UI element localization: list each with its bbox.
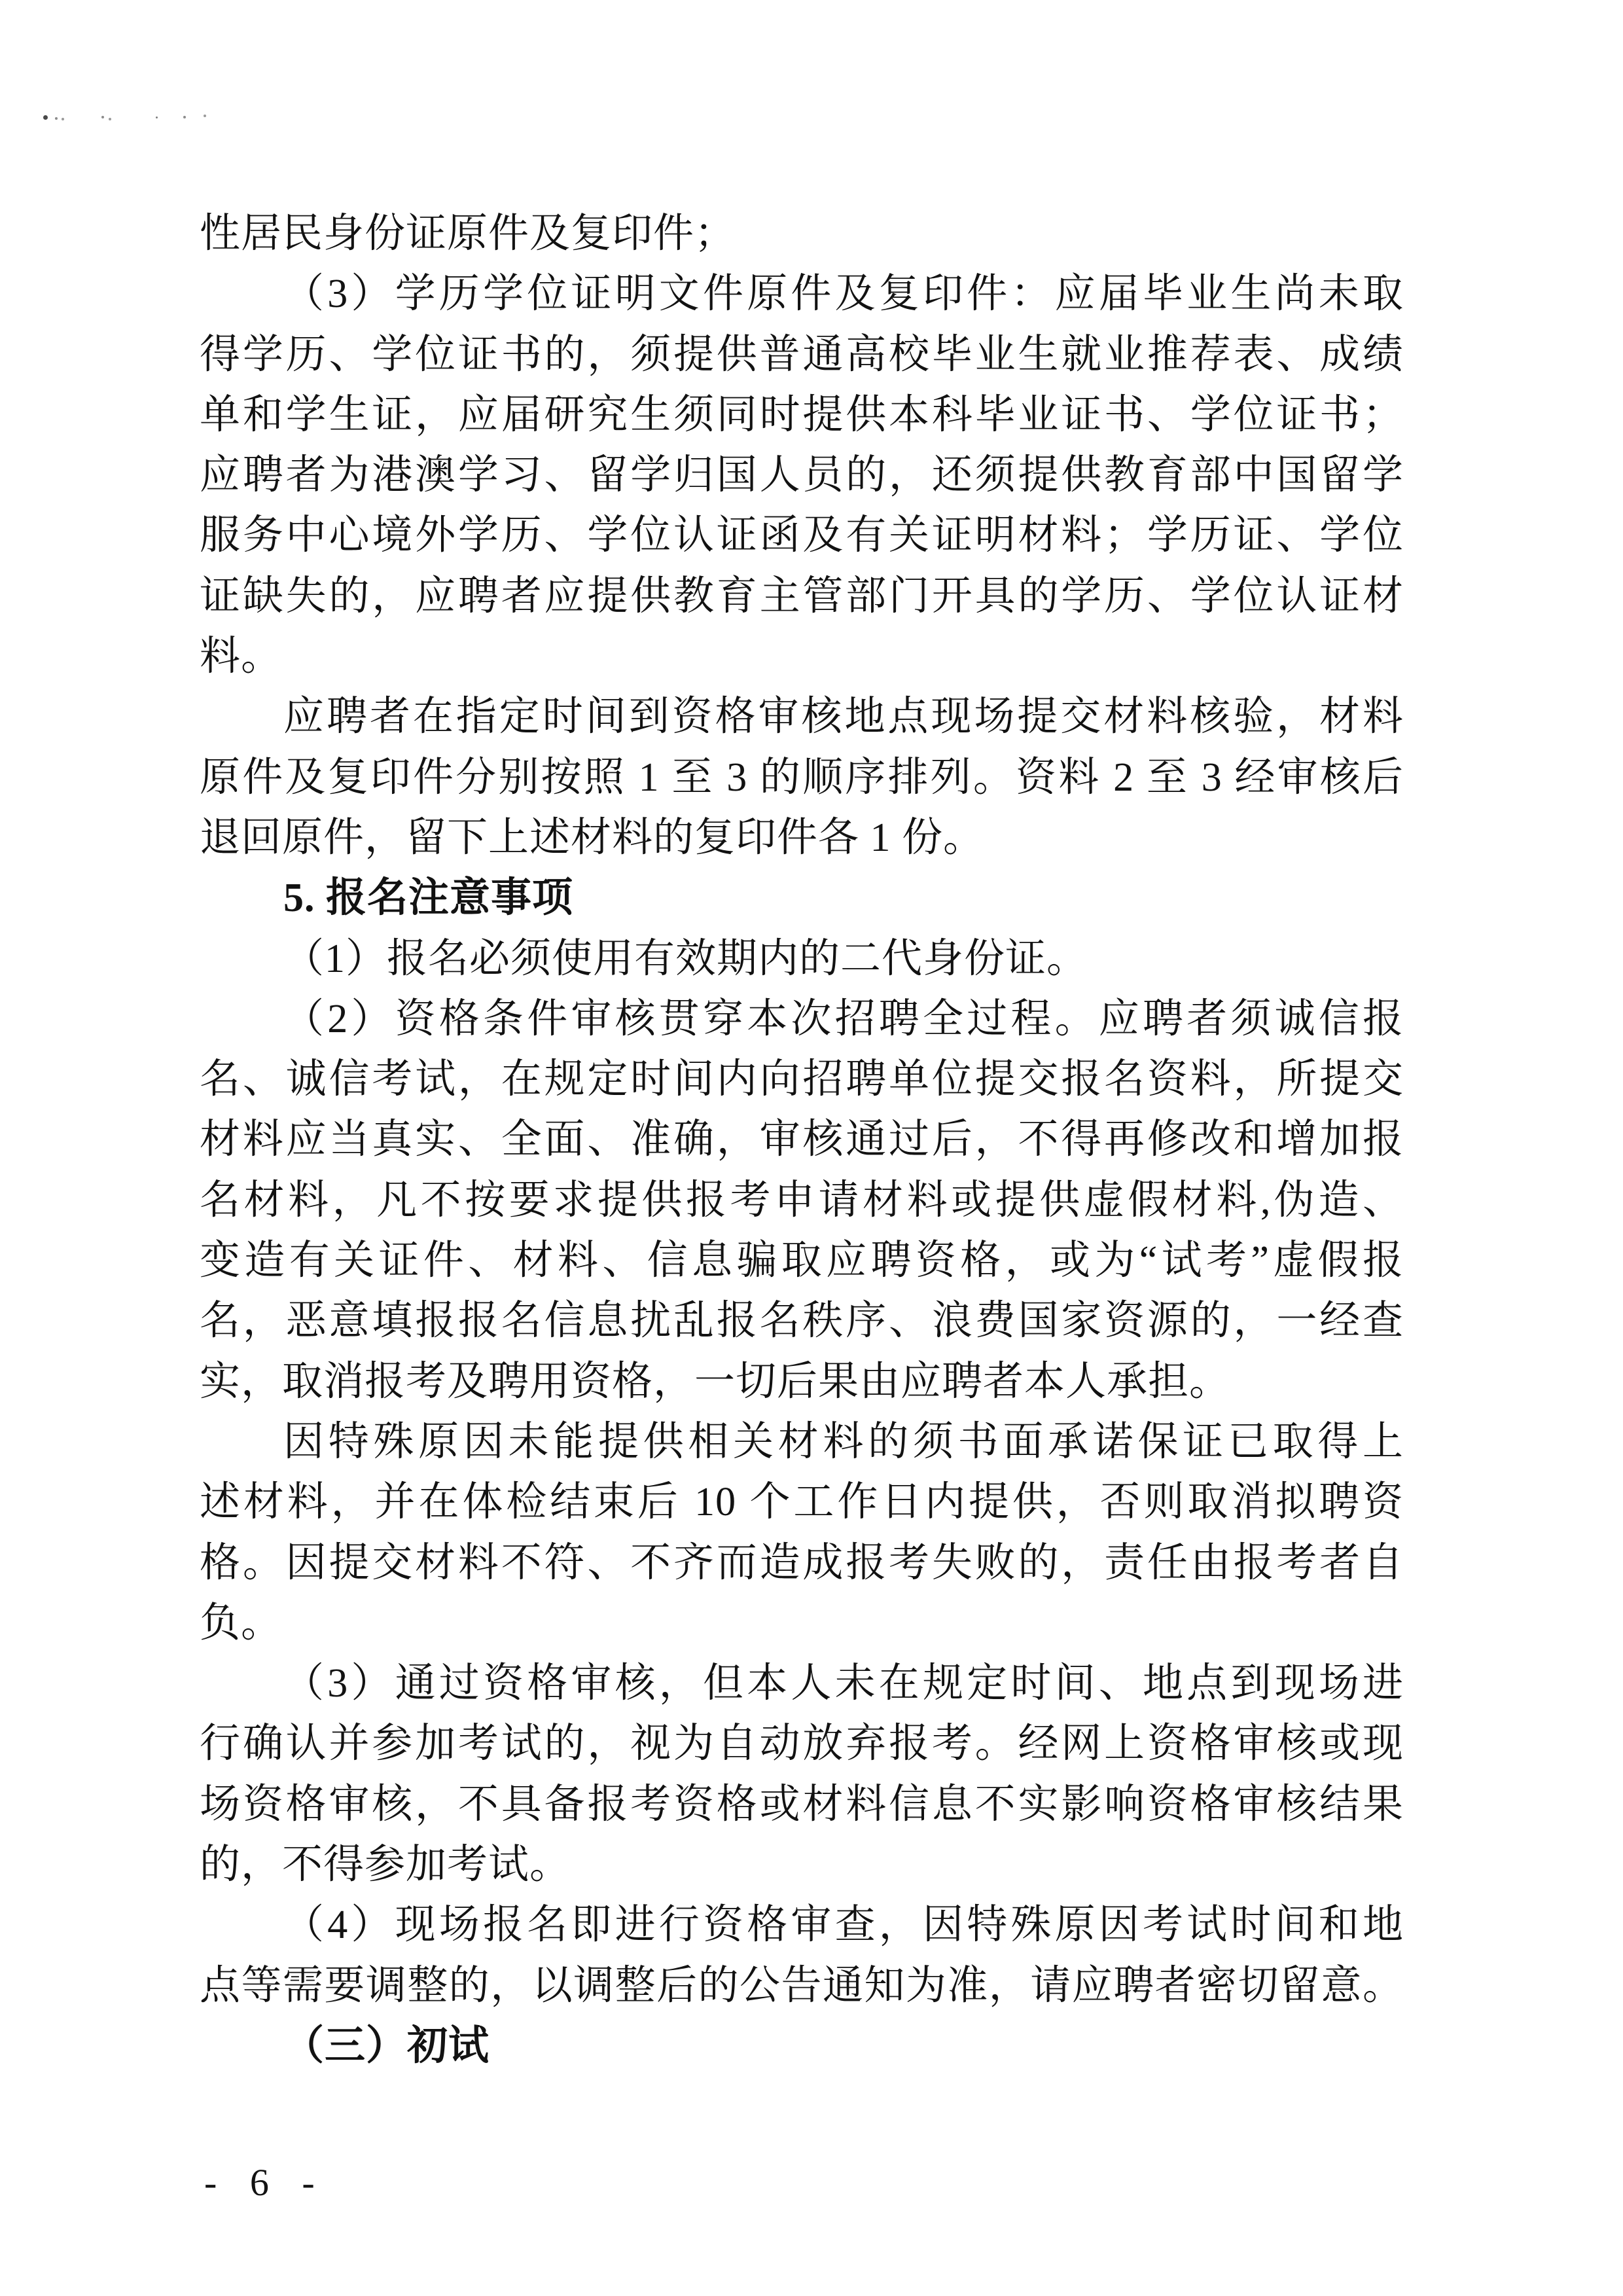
text-line: 变造有关证件、材料、信息骗取应聘资格，或为“试考”虚假报 bbox=[200, 1230, 1404, 1291]
text-line: 料。 bbox=[200, 626, 1404, 687]
text-line: （3）学历学位证明文件原件及复印件：应届毕业生尚未取 bbox=[200, 264, 1404, 324]
text-line: （4）现场报名即进行资格审查，因特殊原因考试时间和地 bbox=[200, 1895, 1404, 1955]
text-line: 应聘者为港澳学习、留学归国人员的，还须提供教育部中国留学 bbox=[200, 445, 1404, 505]
text-line: 场资格审核，不具备报考资格或材料信息不实影响资格审核结果 bbox=[200, 1774, 1404, 1835]
text-line: 格。因提交材料不符、不齐而造成报考失败的，责任由报考者自 bbox=[200, 1533, 1404, 1593]
text-line: 得学历、学位证书的，须提供普通高校毕业生就业推荐表、成绩 bbox=[200, 325, 1404, 385]
heading-line: 5. 报名注意事项 bbox=[200, 868, 1404, 928]
text-line: （2）资格条件审核贯穿本次招聘全过程。应聘者须诚信报 bbox=[200, 989, 1404, 1049]
text-line: 原件及复印件分别按照 1 至 3 的顺序排列。资料 2 至 3 经审核后 bbox=[200, 747, 1404, 808]
heading-line: （三）初试 bbox=[200, 2016, 1404, 2076]
text-line: 名，恶意填报报名信息扰乱报名秩序、浪费国家资源的，一经查 bbox=[200, 1291, 1404, 1351]
speckle-dot bbox=[204, 115, 206, 117]
speckle-dot bbox=[109, 118, 111, 120]
text-line: 点等需要调整的，以调整后的公告通知为准，请应聘者密切留意。 bbox=[200, 1956, 1404, 2016]
text-line: 名、诚信考试，在规定时间内向招聘单位提交报名资料，所提交 bbox=[200, 1049, 1404, 1109]
text-line: （1）报名必须使用有效期内的二代身份证。 bbox=[200, 929, 1404, 989]
speckle-dot bbox=[183, 116, 186, 118]
text-line: 服务中心境外学历、学位认证函及有关证明材料；学历证、学位 bbox=[200, 505, 1404, 565]
document-body: 性居民身份证原件及复印件；（3）学历学位证明文件原件及复印件：应届毕业生尚未取得… bbox=[200, 204, 1404, 2076]
text-line: 的，不得参加考试。 bbox=[200, 1835, 1404, 1895]
text-line: 应聘者在指定时间到资格审核地点现场提交材料核验，材料 bbox=[200, 687, 1404, 747]
text-line: 行确认并参加考试的，视为自动放弃报考。经网上资格审核或现 bbox=[200, 1713, 1404, 1774]
text-line: 实，取消报考及聘用资格，一切后果由应聘者本人承担。 bbox=[200, 1352, 1404, 1412]
text-line: 因特殊原因未能提供相关材料的须书面承诺保证已取得上 bbox=[200, 1412, 1404, 1472]
speckle-dot bbox=[101, 116, 104, 118]
speckle-dot bbox=[156, 117, 158, 118]
text-line: 负。 bbox=[200, 1593, 1404, 1653]
text-line: 名材料，凡不按要求提供报考申请材料或提供虚假材料,伪造、 bbox=[200, 1170, 1404, 1230]
text-line: 性居民身份证原件及复印件； bbox=[200, 204, 1404, 264]
text-line: 退回原件，留下上述材料的复印件各 1 份。 bbox=[200, 808, 1404, 868]
text-line: （3）通过资格审核，但本人未在规定时间、地点到现场进 bbox=[200, 1653, 1404, 1713]
speckle-dot bbox=[55, 117, 58, 120]
speckle-dot bbox=[62, 118, 64, 120]
text-line: 证缺失的，应聘者应提供教育主管部门开具的学历、学位认证材 bbox=[200, 566, 1404, 626]
text-line: 材料应当真实、全面、准确，审核通过后，不得再修改和增加报 bbox=[200, 1109, 1404, 1170]
page-number: - 6 - bbox=[204, 2161, 327, 2204]
scanned-document-page: 性居民身份证原件及复印件；（3）学历学位证明文件原件及复印件：应届毕业生尚未取得… bbox=[0, 0, 1623, 2296]
speckle-dot bbox=[43, 115, 48, 120]
text-line: 单和学生证，应届研究生须同时提供本科毕业证书、学位证书； bbox=[200, 385, 1404, 445]
text-line: 述材料，并在体检结束后 10 个工作日内提供，否则取消拟聘资 bbox=[200, 1472, 1404, 1532]
